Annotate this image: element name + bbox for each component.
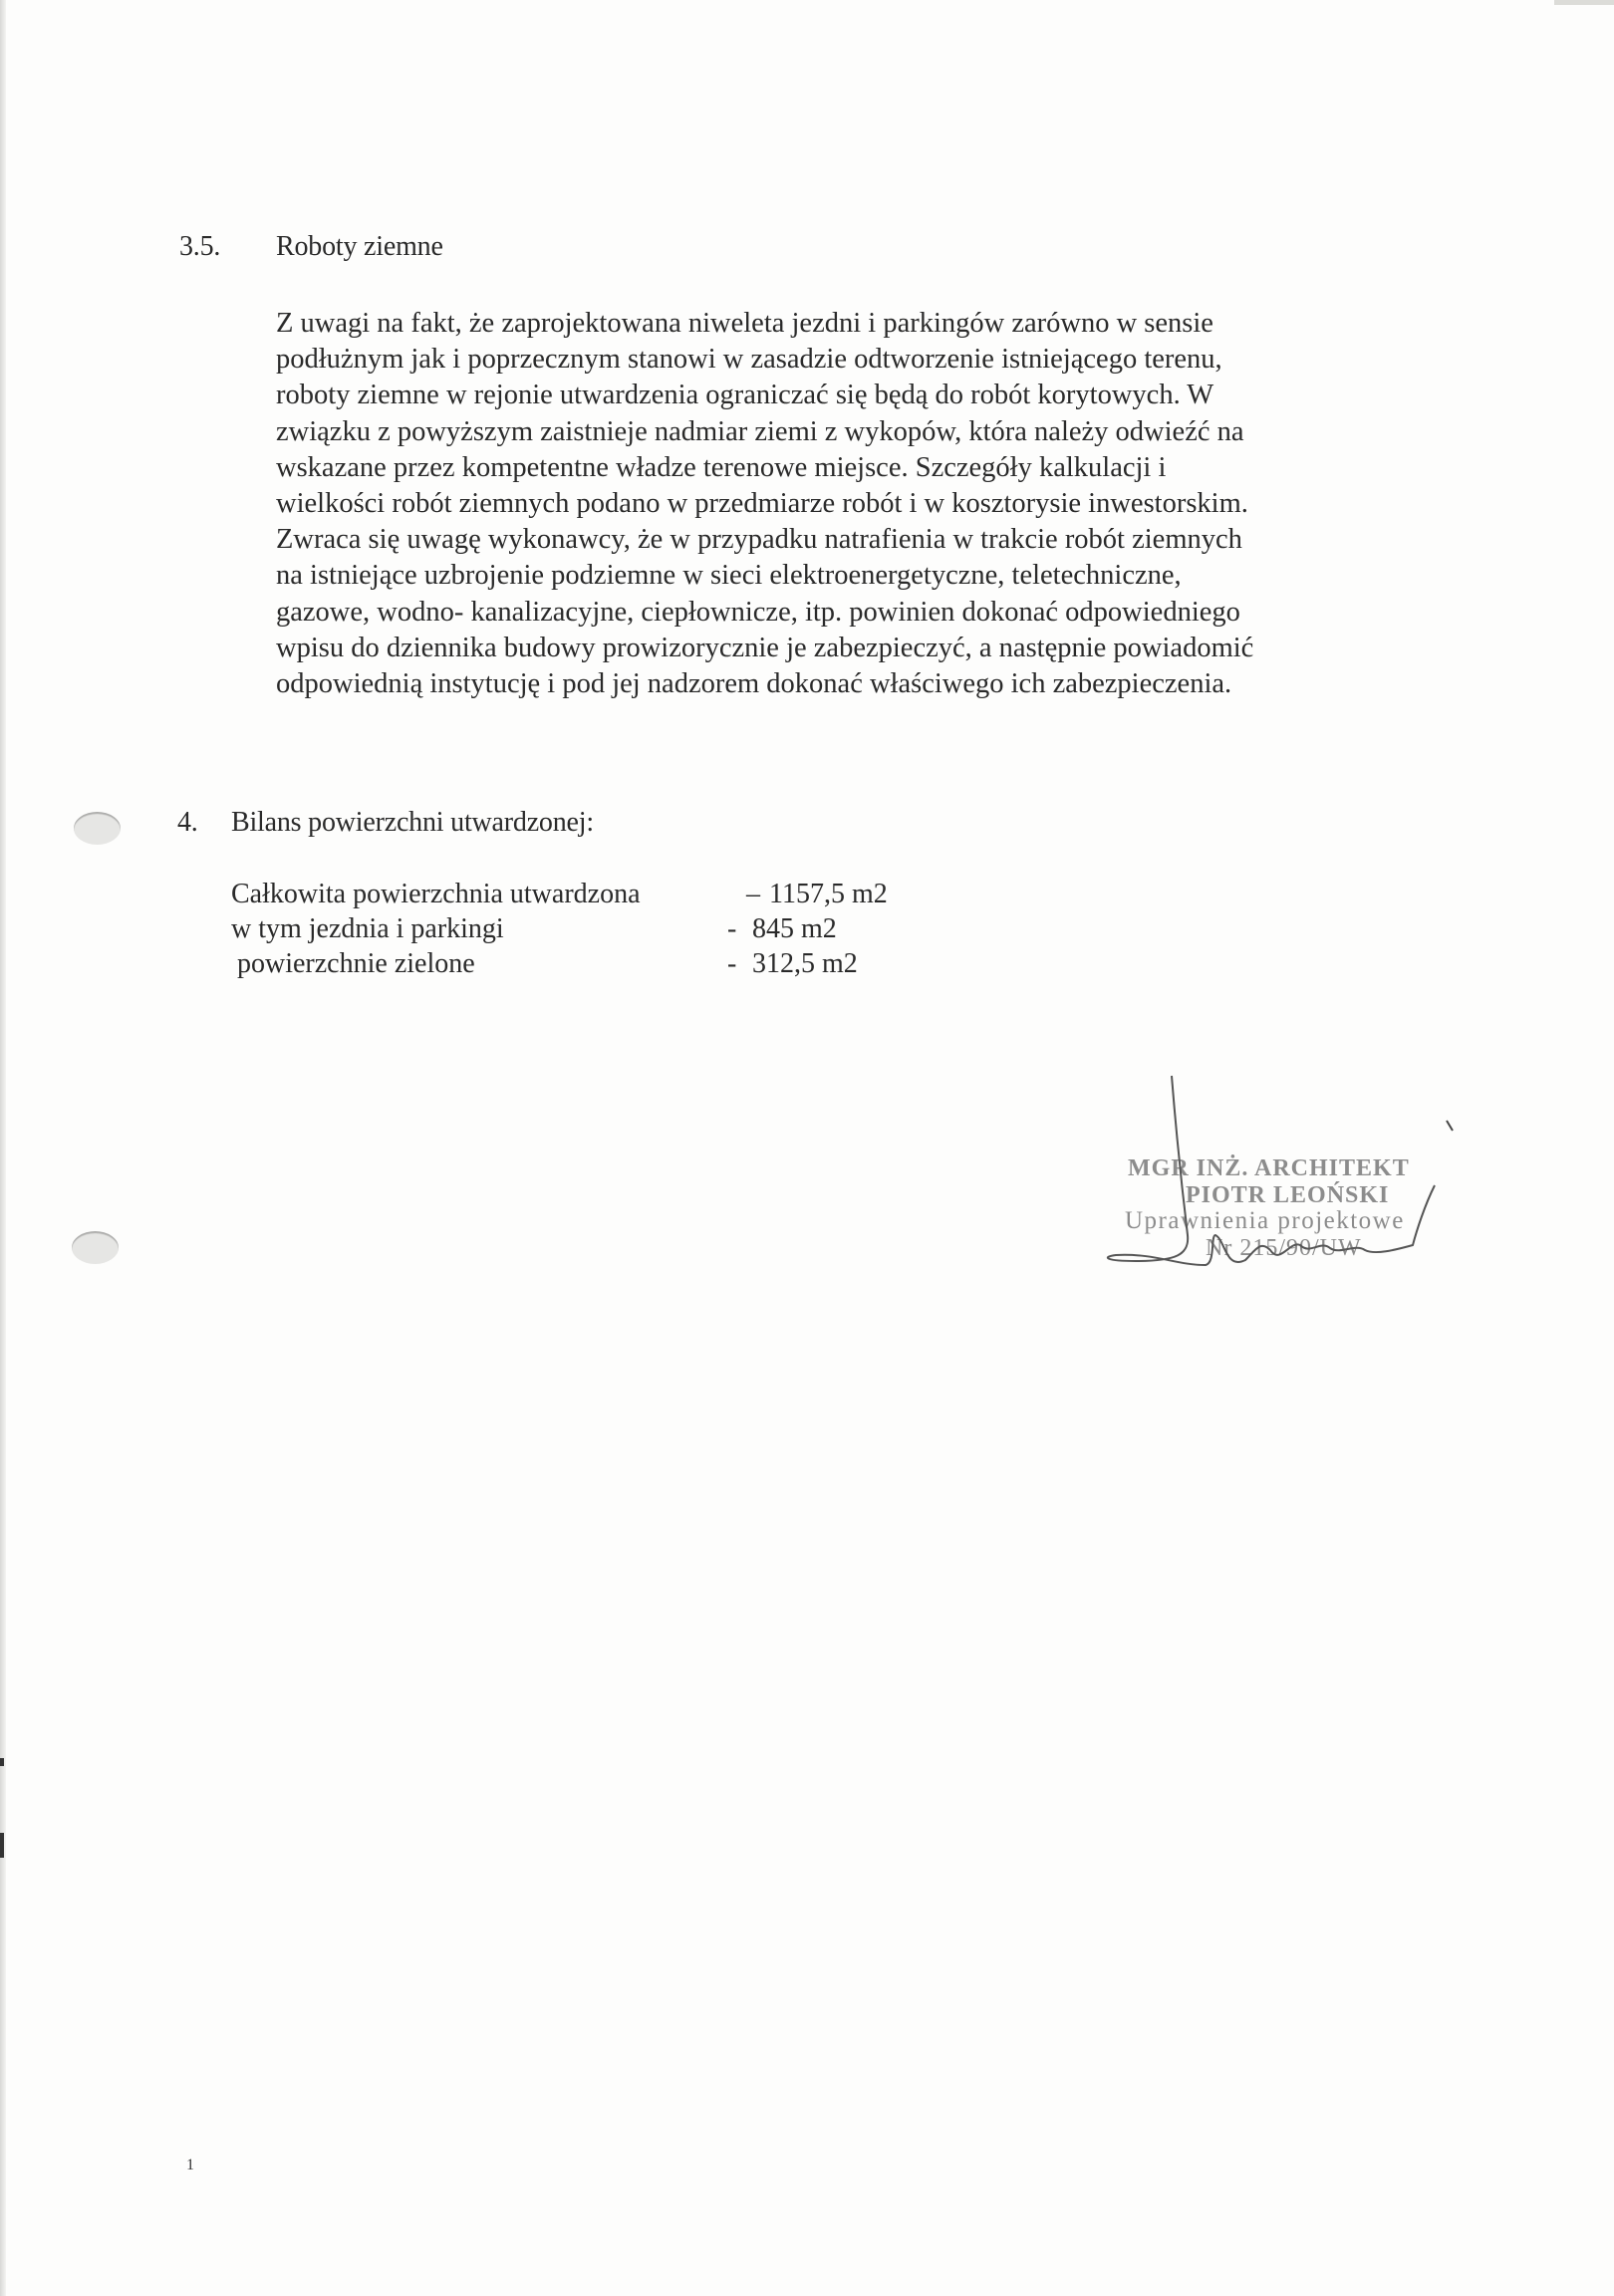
scan-top-edge [1554, 0, 1614, 5]
section-number: 3.5. [179, 229, 220, 265]
balance-label: Całkowita powierzchnia utwardzona [231, 879, 641, 909]
balance-label: powierzchnie zielone [237, 948, 475, 979]
balance-value: 1157,5 m2 [769, 877, 888, 912]
paragraph-line: wpisu do dziennika budowy prowizorycznie… [276, 631, 1253, 666]
signature-icon [1096, 1066, 1514, 1295]
balance-label: w tym jezdnia i parkingi [231, 913, 504, 944]
balance-row: Całkowita powierzchnia utwardzona – 1157… [231, 877, 641, 912]
punch-hole [72, 1231, 119, 1264]
section-paragraph: Z uwagi na fakt, że zaprojektowana niwel… [276, 306, 1253, 702]
paragraph-line: wielkości robót ziemnych podano w przedm… [276, 486, 1253, 522]
balance-separator: - [727, 911, 736, 947]
balance-row: w tym jezdnia i parkingi - 845 m2 [231, 911, 504, 947]
section-title: Bilans powierzchni utwardzonej: [231, 805, 594, 841]
paragraph-line: odpowiednią instytucję i pod jej nadzore… [276, 666, 1253, 702]
scan-edge-mark [0, 1758, 4, 1766]
scan-edge-mark [0, 1833, 4, 1858]
balance-value: 312,5 m2 [752, 946, 858, 982]
balance-separator: – [746, 877, 760, 912]
section-number: 4. [177, 805, 198, 841]
punch-hole [74, 812, 121, 845]
paragraph-line: roboty ziemne w rejonie utwardzenia ogra… [276, 378, 1253, 413]
scan-left-edge [0, 0, 6, 2296]
balance-value: 845 m2 [752, 911, 837, 947]
balance-separator: - [727, 946, 736, 982]
paragraph-line: gazowe, wodno- kanalizacyjne, ciepłownic… [276, 595, 1253, 631]
section-title: Roboty ziemne [276, 229, 443, 265]
paragraph-line: wskazane przez kompetentne władze tereno… [276, 450, 1253, 486]
page-number: 1 [186, 2157, 194, 2174]
paragraph-line: związku z powyższym zaistnieje nadmiar z… [276, 414, 1253, 450]
paragraph-line: Z uwagi na fakt, że zaprojektowana niwel… [276, 306, 1253, 342]
balance-row: powierzchnie zielone - 312,5 m2 [237, 946, 475, 982]
paragraph-line: Zwraca się uwagę wykonawcy, że w przypad… [276, 522, 1253, 558]
paragraph-line: na istniejące uzbrojenie podziemne w sie… [276, 558, 1253, 594]
document-page: 3.5. Roboty ziemne Z uwagi na fakt, że z… [0, 0, 1614, 2296]
paragraph-line: podłużnym jak i poprzecznym stanowi w za… [276, 342, 1253, 378]
